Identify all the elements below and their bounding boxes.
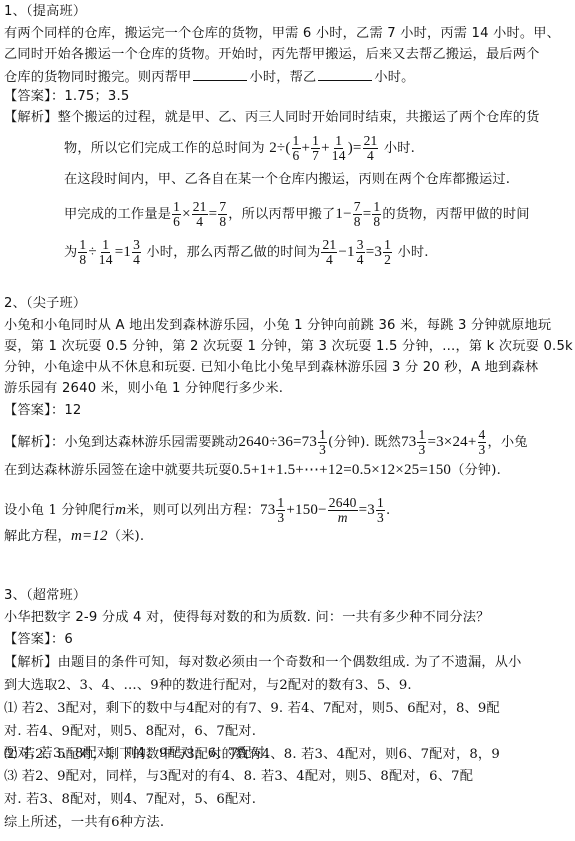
q1-title: 1、（提高班） xyxy=(4,4,86,20)
fraction: 214 xyxy=(363,134,379,163)
q2-text-line-2: 耍，第 1 次玩耍 0.5 分钟，第 2 次玩耍 1 分钟，第 3 次玩耍 1.… xyxy=(4,339,573,355)
q1-answer: 【答案】：1.75；3.5 xyxy=(4,89,129,105)
q2-text-line-1: 小兔和小龟同时从 A 地出发到森林游乐园，小兔 1 分钟向前跳 36 米，每跳 … xyxy=(4,318,551,334)
q1-text-line-1: 有两个同样的仓库，搬运完一个仓库的货物，甲需 6 小时，乙需 7 小时，丙需 1… xyxy=(4,26,560,42)
answer-label: 【答案】 xyxy=(4,632,51,647)
q3-text: 小华把数字 2-9 分成 4 对，使得每对数的和为质数. 问：一共有多少种不同分… xyxy=(4,610,489,626)
q3-analysis-line-8: 对. 若3、8配对，则4、7配对，5、6配对. xyxy=(4,792,256,808)
q2-text-line-4: 游乐园有 2640 米，则小龟 1 分钟爬行多少米. xyxy=(4,381,283,397)
q1-analysis-line-2: 物，所以它们完成工作的总时间为 2÷(16+17+114)=214 小时. xyxy=(64,134,415,163)
q3-answer: 【答案】：6 xyxy=(4,632,73,648)
fraction: 114 xyxy=(331,134,347,163)
answer-value: ：12 xyxy=(51,403,82,418)
q1-text-line-2: 乙同时开始各搬运一个仓库的货物。开始时，丙先帮甲搬运，后来又去帮乙搬运，最后两个 xyxy=(4,47,540,63)
answer-value: ：1.75；3.5 xyxy=(51,89,130,104)
analysis-label: 【解析】 xyxy=(4,435,51,450)
analysis-label: 【解析】 xyxy=(4,110,58,125)
q2-text-line-3: 分钟，小龟途中从不休息和玩耍. 已知小龟比小兔早到森林游乐园 3 分 20 秒，… xyxy=(4,360,538,376)
q2-analysis-line-3: 设小龟 1 分钟爬行m米，则可以列出方程：7313+150−2640m=313. xyxy=(4,496,390,525)
q2-title: 2、（尖子班） xyxy=(4,296,86,312)
q3-analysis-line-7: ⑶ 若2、9配对，同样，与3配对的有4、8. 若3、4配对，则5、8配对，6、7… xyxy=(4,769,473,785)
q3-title: 3、（超常班） xyxy=(4,588,86,604)
fraction: 17 xyxy=(311,134,320,163)
answer-blank-1 xyxy=(193,68,247,81)
answer-label: 【答案】 xyxy=(4,89,51,104)
q3-analysis-line-6-visible: 配对. 若3、8配对，则4、9配对，6、7配对. xyxy=(4,746,270,762)
fraction: 16 xyxy=(292,134,301,163)
q1-text-line-3: 仓库的货物同时搬完。则丙帮甲小时，帮乙小时。 xyxy=(4,68,415,86)
q1-analysis-line-4: 甲完成的工作量是16×214=78，所以丙帮甲搬了1−78=18的货物，丙帮甲做… xyxy=(64,200,530,229)
q1-analysis-line-1: 【解析】整个搬运的过程，就是甲、乙、丙三人同时开始同时结束，共搬运了两个仓库的货 xyxy=(4,110,540,126)
q3-analysis-line-2: 到大选取2、3、4、…、9种的数进行配对，与2配对的数有3、5、9. xyxy=(4,678,412,694)
q3-analysis-line-1: 【解析】由题目的条件可知，每对数必须由一个奇数和一个偶数组成. 为了不遗漏，从小 xyxy=(4,655,522,671)
q1-analysis-line-3: 在这段时间内，甲、乙各自在某一个仓库内搬运，丙则在两个仓库都搬运过. xyxy=(64,172,510,188)
q3-analysis-line-4: 对. 若4、9配对，则5、8配对，6、7配对. xyxy=(4,724,256,740)
q2-analysis-line-1: 【解析】：小兔到达森林游乐园需要跳动2640÷36=7313(分钟). 既然73… xyxy=(4,428,528,457)
q2-answer: 【答案】：12 xyxy=(4,403,82,419)
q1-analysis-line-5: 为18÷114=134 小时，那么丙帮乙做的时间为214−134=312 小时. xyxy=(64,238,429,267)
answer-blank-2 xyxy=(318,68,372,81)
q3-analysis-line-9: 综上所述，一共有6种方法. xyxy=(4,815,164,831)
q2-analysis-line-2: 在到达森林游乐园签在途中就要共玩耍0.5+1+1.5+⋯+12=0.5×12×2… xyxy=(4,462,501,479)
q3-analysis-line-3: ⑴ 若2、3配对，剩下的数中与4配对的有7、9. 若4、7配对，则5、6配对，8… xyxy=(4,701,500,717)
answer-label: 【答案】 xyxy=(4,403,51,418)
answer-value: ：6 xyxy=(51,632,73,647)
analysis-label: 【解析】 xyxy=(4,655,58,670)
q2-analysis-line-4: 解此方程，m=12（米). xyxy=(4,528,144,545)
